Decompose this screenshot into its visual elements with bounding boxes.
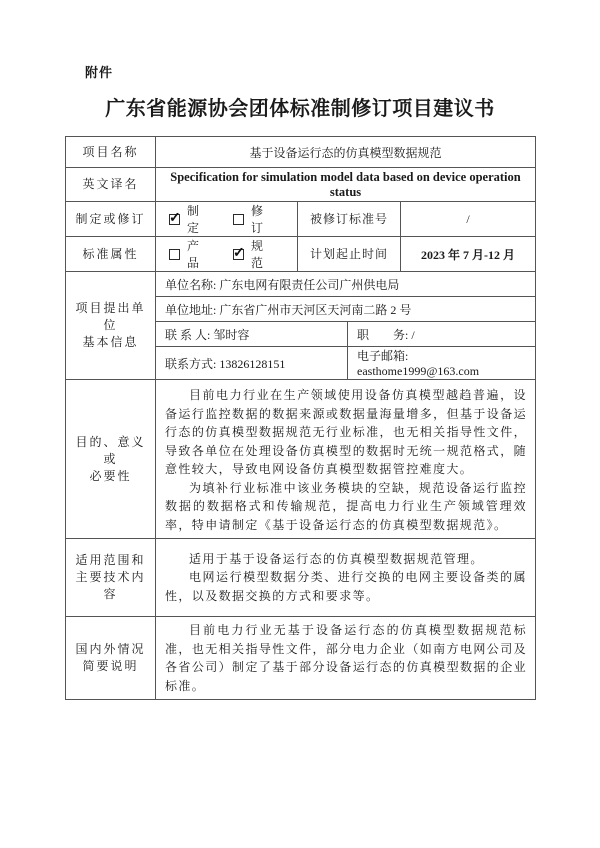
- scope-paragraph-1: 适用于基于设备运行态的仿真模型数据规范管理。: [165, 550, 527, 569]
- domestic-foreign-label-line1: 国内外情况: [69, 641, 152, 658]
- scope-content: 适用于基于设备运行态的仿真模型数据规范管理。 电网运行模型数据分类、进行交换的电…: [156, 539, 536, 617]
- english-name-row: 英文译名 Specification for simulation model …: [66, 168, 536, 202]
- purpose-label-line1: 目的、意义或: [69, 434, 152, 468]
- scope-label: 适用范围和 主要技术内容: [66, 539, 156, 617]
- proposer-label: 项目提出单位 基本信息: [66, 272, 156, 380]
- option-revise-label: 修订: [251, 202, 271, 236]
- formulate-or-revise-label: 制定或修订: [66, 202, 156, 237]
- scope-label-line2: 主要技术内容: [69, 569, 152, 603]
- option-formulate: ✓ 制定: [169, 202, 207, 236]
- check-mark-icon: ✓: [169, 210, 181, 227]
- schedule-value: 2023 年 7 月-12 月: [401, 237, 536, 272]
- position-value: 职 务: /: [348, 322, 536, 347]
- standard-attribute-options: ✓ 产品 ✓ 规范: [156, 237, 298, 272]
- option-revise: ✓ 修订: [233, 202, 271, 236]
- proposal-form-table: 项目名称 基于设备运行态的仿真模型数据规范 英文译名 Specification…: [65, 136, 536, 700]
- purpose-paragraph-2: 为填补行业标准中该业务模块的空缺，规范设备运行监控数据的数据格式和传输规范，提高…: [165, 479, 527, 535]
- option-specification: ✓ 规范: [233, 237, 271, 271]
- purpose-paragraph-1: 目前电力行业在生产领域使用设备仿真模型越趋普遍，设备运行监控数据的数据来源或数据…: [165, 386, 527, 479]
- revised-standard-no-label: 被修订标准号: [298, 202, 401, 237]
- purpose-label: 目的、意义或 必要性: [66, 380, 156, 539]
- standard-attribute-row: 标准属性 ✓ 产品 ✓ 规范 计划起止时间 2023 年 7 月-12 月: [66, 237, 536, 272]
- english-name-label: 英文译名: [66, 168, 156, 202]
- proposer-label-line2: 基本信息: [69, 334, 152, 351]
- checkbox-unchecked-icon: ✓: [169, 249, 180, 260]
- formulate-or-revise-options: ✓ 制定 ✓ 修订: [156, 202, 298, 237]
- project-name-value: 基于设备运行态的仿真模型数据规范: [156, 137, 536, 168]
- unit-name-row: 项目提出单位 基本信息 单位名称: 广东电网有限责任公司广州供电局: [66, 272, 536, 297]
- formulate-or-revise-row: 制定或修订 ✓ 制定 ✓ 修订 被修订标准号 /: [66, 202, 536, 237]
- attachment-label: 附件: [85, 62, 113, 81]
- domestic-foreign-label-line2: 简要说明: [69, 658, 152, 675]
- option-product-label: 产品: [187, 237, 207, 271]
- unit-address-value: 单位地址: 广东省广州市天河区天河南二路 2 号: [156, 297, 536, 322]
- checkbox-checked-icon: ✓: [169, 214, 180, 225]
- email-value: 电子邮箱: easthome1999@163.com: [348, 347, 536, 380]
- schedule-label: 计划起止时间: [298, 237, 401, 272]
- domestic-foreign-paragraph-1: 目前电力行业无基于设备运行态的仿真模型数据规范标准，也无相关指导性文件，部分电力…: [165, 621, 527, 695]
- domestic-foreign-label: 国内外情况 简要说明: [66, 617, 156, 700]
- contact-number-value: 联系方式: 13826128151: [156, 347, 348, 380]
- domestic-foreign-row: 国内外情况 简要说明 目前电力行业无基于设备运行态的仿真模型数据规范标准，也无相…: [66, 617, 536, 700]
- scope-row: 适用范围和 主要技术内容 适用于基于设备运行态的仿真模型数据规范管理。 电网运行…: [66, 539, 536, 617]
- option-formulate-label: 制定: [187, 202, 207, 236]
- contact-person-value: 联 系 人: 邹时容: [156, 322, 348, 347]
- scope-paragraph-2: 电网运行模型数据分类、进行交换的电网主要设备类的属性，以及数据交换的方式和要求等…: [165, 568, 527, 605]
- option-product: ✓ 产品: [169, 237, 207, 271]
- proposer-label-line1: 项目提出单位: [69, 300, 152, 334]
- revised-standard-no-value: /: [401, 202, 536, 237]
- checkbox-unchecked-icon: ✓: [233, 214, 244, 225]
- purpose-content: 目前电力行业在生产领域使用设备仿真模型越趋普遍，设备运行监控数据的数据来源或数据…: [156, 380, 536, 539]
- document-page: 附件 广东省能源协会团体标准制修订项目建议书 项目名称 基于设备运行态的仿真模型…: [0, 0, 600, 848]
- domestic-foreign-content: 目前电力行业无基于设备运行态的仿真模型数据规范标准，也无相关指导性文件，部分电力…: [156, 617, 536, 700]
- checkbox-checked-icon: ✓: [233, 249, 244, 260]
- scope-label-line1: 适用范围和: [69, 552, 152, 569]
- purpose-row: 目的、意义或 必要性 目前电力行业在生产领域使用设备仿真模型越趋普遍，设备运行监…: [66, 380, 536, 539]
- check-mark-icon: ✓: [233, 245, 245, 262]
- project-name-row: 项目名称 基于设备运行态的仿真模型数据规范: [66, 137, 536, 168]
- option-specification-label: 规范: [251, 237, 271, 271]
- standard-attribute-label: 标准属性: [66, 237, 156, 272]
- document-title: 广东省能源协会团体标准制修订项目建议书: [0, 92, 600, 121]
- project-name-label: 项目名称: [66, 137, 156, 168]
- unit-name-value: 单位名称: 广东电网有限责任公司广州供电局: [156, 272, 536, 297]
- english-name-value: Specification for simulation model data …: [156, 168, 536, 202]
- purpose-label-line2: 必要性: [69, 468, 152, 485]
